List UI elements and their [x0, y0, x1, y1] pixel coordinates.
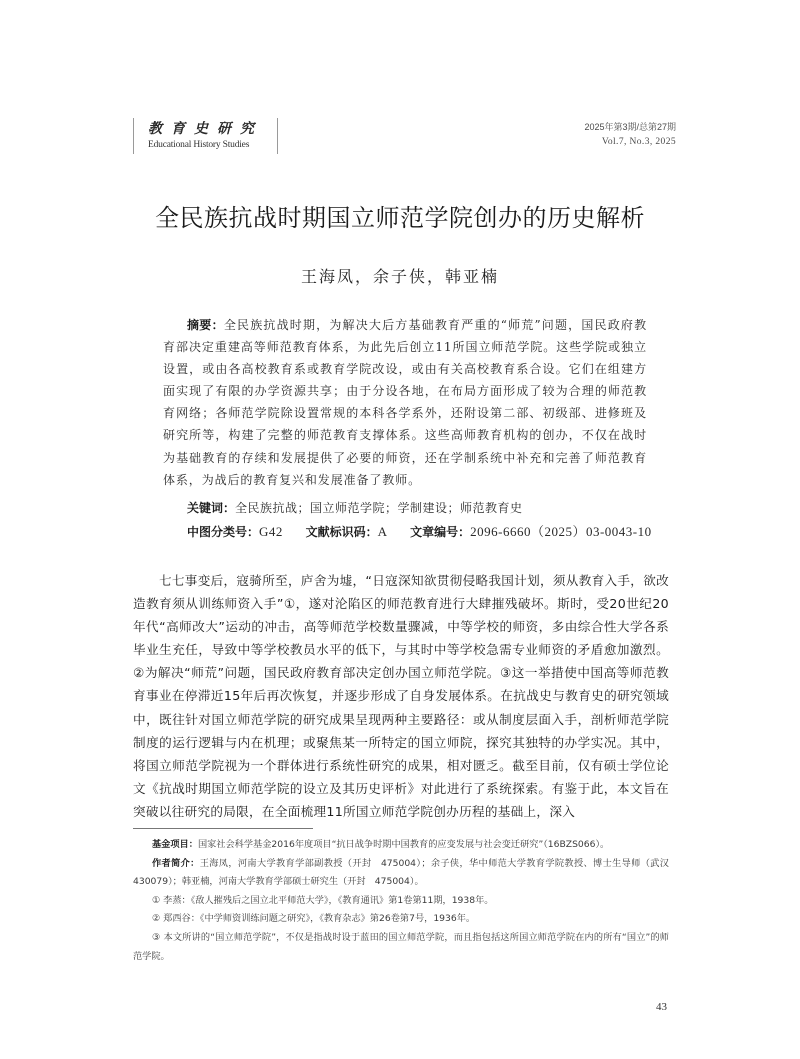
article-authors: 王海凤，余子侠，韩亚楠 — [0, 264, 800, 287]
classification-line: 中图分类号：G42 文献标识码：A 文章编号：2096-6660（2025）03… — [187, 521, 652, 540]
journal-brand: 教育史研究 Educational History Studies — [133, 118, 278, 154]
journal-name-cn: 教育史研究 — [148, 120, 263, 138]
journal-name-en: Educational History Studies — [148, 138, 263, 152]
issue-cn: 2025年第3期/总第27期 — [584, 120, 676, 135]
author-note: 作者简介：王海凤，河南大学教育学部副教授（开封 475004）；余子侠，华中师范… — [133, 855, 669, 892]
funding-text: 国家社会科学基金2016年度项目“抗日战争时期中国教育的应变发展与社会变迁研究”… — [198, 839, 609, 850]
page-number: 43 — [656, 1001, 667, 1013]
article-no-label: 文章编号： — [410, 525, 470, 539]
funding-label: 基金项目： — [152, 839, 198, 850]
clc-value: G42 — [259, 524, 283, 539]
clc-label: 中图分类号： — [187, 525, 259, 539]
issue-en: Vol.7, No.3, 2025 — [584, 135, 676, 150]
article-no-value: 2096-6660（2025）03-0043-10 — [470, 524, 652, 539]
footnote-divider — [133, 828, 313, 829]
body-paragraph: 七七事变后，寇骑所至，庐舍为墟，“日寇深知欲贯彻侵略我国计划，须从教育入手，欲改… — [133, 569, 669, 823]
footnote-1: ① 李蒸：《敌人摧残后之国立北平师范大学》，《教育通讯》第1卷第11期，1938… — [133, 892, 669, 911]
author-text: 王海凤，河南大学教育学部副教授（开封 475004）；余子侠，华中师范大学教育学… — [133, 858, 678, 888]
footnote-2: ② 郑西谷：《中学师资训练问题之研究》，《教育杂志》第26卷第7号，1936年。 — [133, 910, 669, 929]
footnotes: 基金项目：国家社会科学基金2016年度项目“抗日战争时期中国教育的应变发展与社会… — [133, 836, 669, 966]
keywords-text: 全民族抗战；国立师范学院；学制建设；师范教育史 — [235, 501, 523, 515]
body-text: 七七事变后，寇骑所至，庐舍为墟，“日寇深知欲贯彻侵略我国计划，须从教育入手，欲改… — [133, 569, 669, 823]
author-label: 作者简介： — [152, 858, 200, 869]
footnote-3: ③ 本文所讲的“国立师范学院”，不仅是指战时设于蓝田的国立师范学院，而且指包括这… — [133, 929, 669, 966]
abstract-text: 全民族抗战时期，为解决大后方基础教育严重的“师荒”问题，国民政府教育部决定重建高… — [163, 318, 647, 487]
abstract-label: 摘要： — [187, 318, 224, 332]
doc-code-value: A — [378, 524, 388, 539]
funding-note: 基金项目：国家社会科学基金2016年度项目“抗日战争时期中国教育的应变发展与社会… — [133, 836, 669, 855]
article-title: 全民族抗战时期国立师范学院创办的历史解析 — [0, 198, 800, 233]
abstract: 摘要：全民族抗战时期，为解决大后方基础教育严重的“师荒”问题，国民政府教育部决定… — [163, 314, 647, 491]
keywords-label: 关键词： — [187, 501, 235, 515]
doc-code-label: 文献标识码： — [306, 525, 378, 539]
keywords: 关键词：全民族抗战；国立师范学院；学制建设；师范教育史 — [187, 499, 523, 516]
issue-info: 2025年第3期/总第27期 Vol.7, No.3, 2025 — [584, 120, 676, 150]
